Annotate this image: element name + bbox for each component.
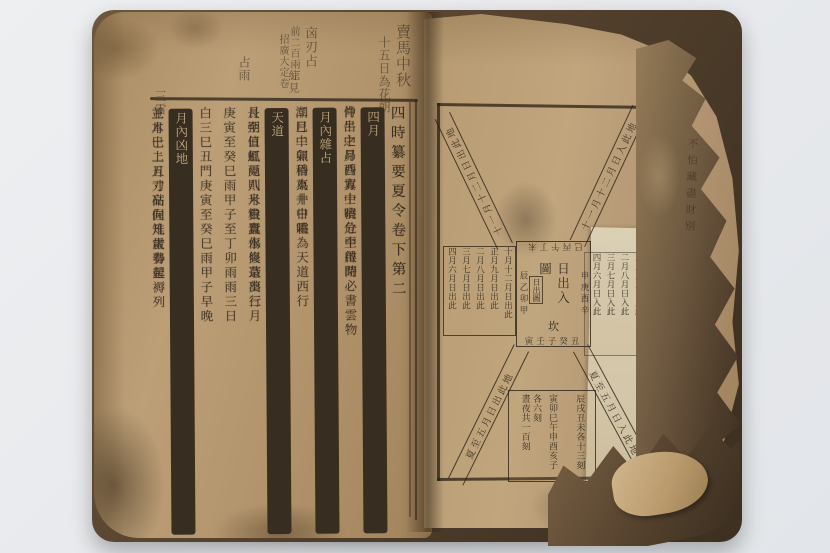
diagonal-band-top-right-text: 十一月十二月日入此地 [577,119,640,234]
photo-background: 四時纂要夏令卷下第二四月仲呂之月昏翼中曉危中得時肖牛中昴西方士宿分至啟閉必書雲物… [0,0,830,553]
sunrise-entry: 十月十二月日出此 [501,247,515,335]
text-column: 白三巳丑門庚寅至癸巳雨甲子早晚 [193,106,220,536]
sunset-entry: 二月八月日入此 [617,253,631,355]
handwritten-note: 紅見 [285,70,301,94]
center-box-east-stems: 辰乙卯甲 [517,271,529,317]
sunrise-entry: 三月七月日出此 [459,247,473,335]
column-text: 仲呂之月昏翼中曉危中得時 [336,105,363,535]
diagram-center-box: 巳丙午丁未 寅壬子癸丑 辰乙卯甲 申庚酉辛 日出圖 日出入圖 坎 [516,241,591,347]
sunrise-month-table: 十月十二月日出此正月九月日出此二月八月日出此三月七月日出此四月六月日出此 [443,246,516,336]
center-box-title: 日出入圖 [536,262,572,318]
center-box-south-stems: 巳丙午丁未 [525,241,583,253]
clepsydra-entry: 辰戌丑未各十三刻 [571,394,587,478]
column-text: 庚寅至癸巳雨甲子至丁卯雨雨三日 [217,106,244,536]
diagonal-band-top-left-text: 十一月十二月日出此地 [441,124,506,238]
handwritten-note: 十五日為花朝 [376,36,393,114]
text-column: 月內凶地並月十二月刀砧向凡雷勢起 [169,107,196,537]
sunset-entry: 四月六月日入此 [589,253,603,355]
handwritten-note: 㐫刃占 [300,26,319,68]
handwritten-note: 占雨 [236,56,253,82]
left-page-text-columns: 四時纂要夏令卷下第二四月仲呂之月昏翼中曉危中得時肖牛中昴西方士宿分至啟閉必書雲物… [147,105,412,537]
section-cartouche: 月內雜占 [313,108,340,534]
text-column: 月內雜占二月中氣昏東井中曉 [312,106,339,536]
column-text: 月朔值風雨則米貴蠶傷修造出行 [240,106,267,536]
sunrise-entry: 四月六月日出此 [445,247,459,335]
section-cartouche: 四月 [361,107,388,533]
center-box-west-stems: 申庚酉辛 [578,271,590,317]
column-text: 白三巳丑門庚寅至癸巳雨甲子早晚 [193,106,220,536]
sunrise-entry: 二月八月日出此 [473,247,487,335]
center-box-trigram: 坎 [548,318,559,334]
sunset-entry: 三月七月日入此 [603,253,617,355]
text-column: 天道月朔值風雨則米貴蠶傷修造出行 [264,106,291,536]
clepsydra-entry: 寅卯巳午申酉亥子各六刻 [544,394,560,478]
book-gutter [406,12,444,532]
center-box-north-stems: 寅壬子癸丑 [525,335,583,347]
handwritten-note: 三雷 [152,90,169,116]
sunrise-entry: 正月九月日出此 [487,247,501,335]
section-cartouche: 月內凶地 [169,109,196,535]
column-text: 並月十二月刀砧向凡雷勢起 [145,107,172,537]
clepsydra-divisions-box: 辰戌丑未各十三刻寅卯巳午申酉亥子各六刻晝夜共一百刻 [508,390,596,482]
text-column: 庚寅至癸巳雨甲子至丁卯雨雨三日 [217,106,244,536]
text-column: 四月仲呂之月昏翼中曉危中得時 [360,105,387,535]
column-text: 二月中氣昏東井中曉 [288,106,315,536]
section-cartouche: 天道 [265,108,292,534]
diagonal-band-top-left: 十一月十二月日出此地 [435,112,513,250]
